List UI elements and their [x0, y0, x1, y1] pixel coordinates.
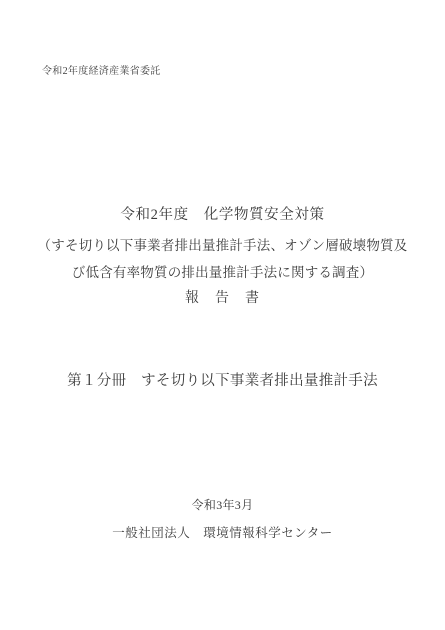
report-subtitle-line2: び低含有率物質の排出量推計手法に関する調査）: [0, 261, 445, 281]
publication-date: 令和3年3月: [0, 496, 445, 513]
report-label: 報 告 書: [0, 287, 445, 307]
report-title-line1: 令和2年度 化学物質安全対策: [0, 203, 445, 224]
report-cover-page: 令和2年度経済産業省委託 令和2年度 化学物質安全対策 （すそ切り以下事業者排出…: [0, 0, 445, 630]
report-subtitle-line1: （すそ切り以下事業者排出量推計手法、オゾン層破壊物質及: [0, 234, 445, 254]
commission-note: 令和2年度経済産業省委託: [42, 62, 161, 77]
publisher-organization: 一般社団法人 環境情報科学センター: [0, 523, 445, 541]
volume-title: 第１分冊 すそ切り以下事業者排出量推計手法: [0, 369, 445, 390]
